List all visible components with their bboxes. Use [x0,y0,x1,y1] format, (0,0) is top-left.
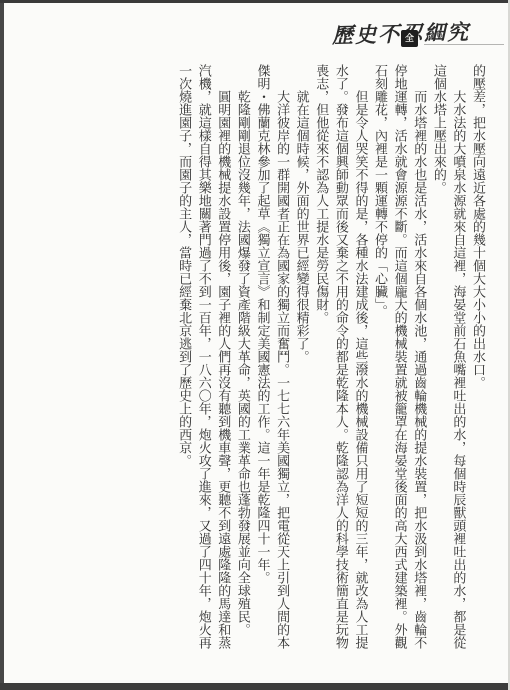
paragraph: 就在這個時候，外面的世界已經變得很精彩了。 [292,64,312,650]
scan-edge-top [0,0,510,3]
page-header: 歷史不忍細究 全 36 [0,0,510,58]
paragraph: 圓明園裡的機械提水設置停用後，園子裡的人們再沒有聽到機車聲，更聽不到遠處隆隆的馬… [175,64,234,650]
page-number: 36 [428,28,444,41]
paragraph: 的壓差，把水壓向遠近各處的幾十個大大小小的出水口。 [468,64,488,650]
article-body: 的壓差，把水壓向遠近各處的幾十個大大小小的出水口。 大水法的大噴泉水源就來自這裡… [175,64,489,650]
paragraph: 乾隆剛剛退位沒幾年，法國爆發了資產階級大革命，英國的工業革命也蓬勃發展並向全球殖… [233,64,253,650]
header-rule [424,44,504,45]
paragraph: 但是令人哭笑不得的是，各種水法建成後，這些潑水的機械設備只用了短短的三年，就改為… [312,64,371,650]
paragraph: 而水塔裡的水也是活水，活水來自各個水池，通過齒輪機械的提水裝置，把水汲到水塔裡，… [370,64,429,650]
scan-edge-bottom [0,683,510,690]
publisher-seal-icon: 全 [401,30,418,47]
paragraph: 大水法的大噴泉水源就來自這裡，海晏堂前石魚嘴裡吐出的水，每個時辰獸頭裡吐出的水，… [429,64,468,650]
scan-edge-left [0,0,4,690]
paragraph: 大洋彼岸的一群開國者正在為國家的獨立而奮鬥。一七七六年美國獨立，把電從天上引到人… [253,64,292,650]
